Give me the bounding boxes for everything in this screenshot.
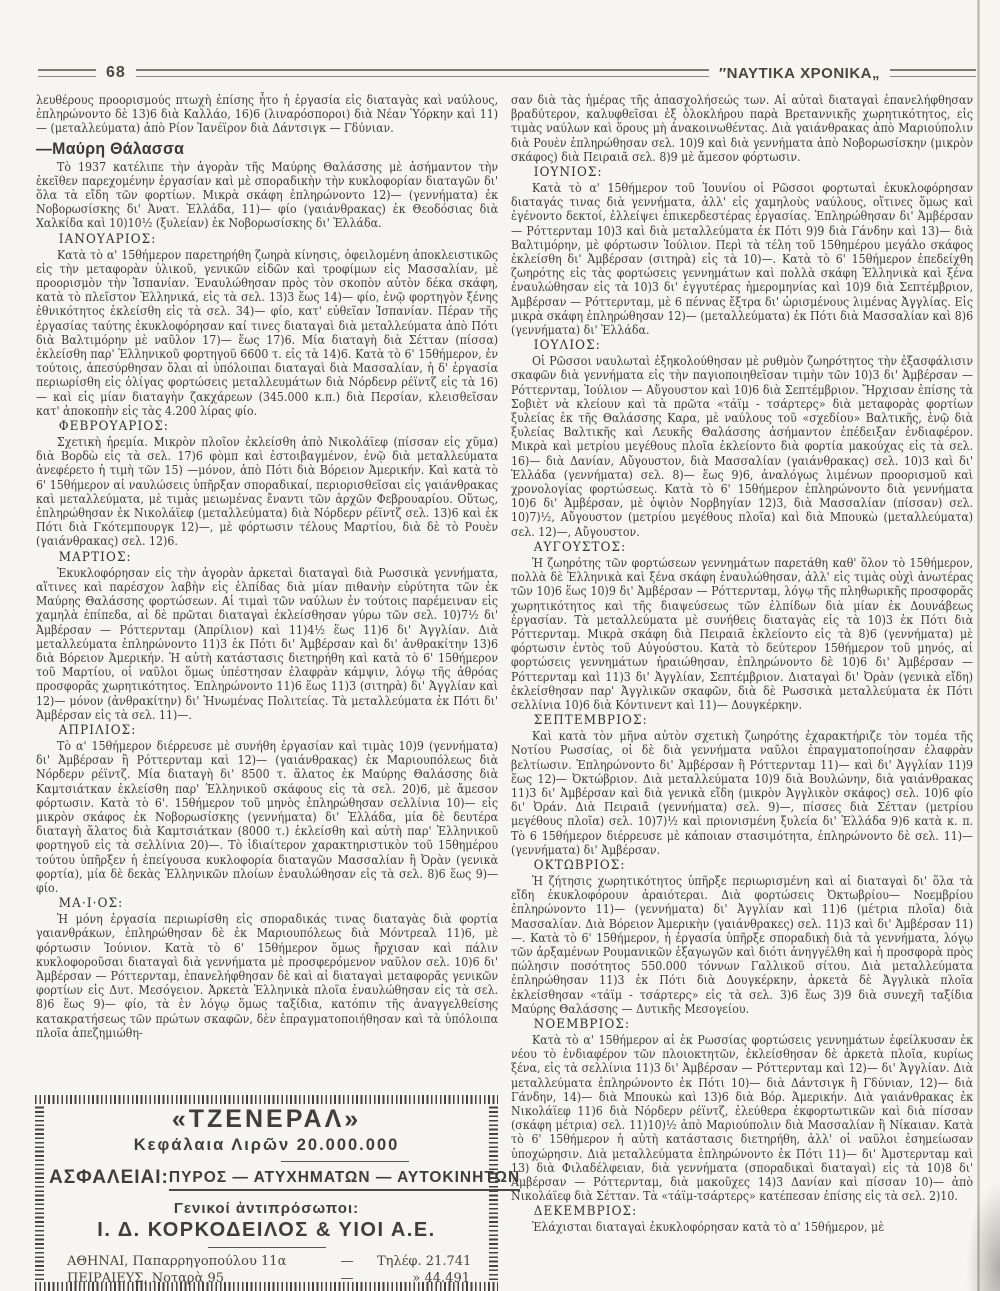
month-heading: ΑΠΡΙΛΙΟΣ: (36, 723, 498, 738)
body-paragraph: Σχετικὴ ἠρεμία. Μικρὸν πλοῖον ἐκλείσθη ἀ… (36, 435, 498, 549)
body-paragraph: Κατὰ τὸ α' 15θήμερον παρετηρήθη ζωηρὰ κί… (36, 248, 498, 418)
ad-divider-rule (281, 1161, 409, 1162)
month-heading: ΔΕΚΕΜΒΡΙΟΣ: (511, 1204, 973, 1219)
hatched-border-left (35, 1106, 44, 1280)
ad-content: «ΤΖΕΝΕΡΑΛ» Κεφάλαια Λιρῶν 20.000.000 ΑΣΦ… (49, 1105, 484, 1281)
page-header: 68 ″ΝΑΥΤΙΚΑ ΧΡΟΝΙΚΑ„ (38, 62, 976, 84)
dash-separator: — (317, 1254, 377, 1271)
ad-agents-label: Γενικοί ἀντιπρόσωποι: (49, 1200, 484, 1217)
hatched-border-right (489, 1106, 498, 1280)
header-rule (890, 69, 976, 77)
body-paragraph: Τὸ α' 15θήμερον διέρρευσε μὲ συνήθη ἐργα… (36, 739, 498, 895)
column-left: λευθέρους προορισμούς πτωχὴ ἐπίσης ἦτο ἡ… (36, 93, 498, 1040)
page-fold-line (977, 0, 980, 1291)
ad-capital-line: Κεφάλαια Λιρῶν 20.000.000 (49, 1135, 484, 1155)
ad-box: «ΤΖΕΝΕΡΑΛ» Κεφάλαια Λιρῶν 20.000.000 ΑΣΦ… (35, 1095, 498, 1291)
body-paragraph: Οἱ Ρῶσσοι ναυλωταὶ ἐξηκολούθησαν μὲ ρυθμ… (511, 354, 973, 539)
body-paragraph: λευθέρους προορισμούς πτωχὴ ἐπίσης ἦτο ἡ… (36, 93, 498, 136)
month-heading: ΑΥΓΟΥΣΤΟΣ: (511, 540, 973, 555)
ad-insurance-types: ΠΥΡΟΣ — ΑΤΥΧΗΜΑΤΩΝ — ΑΥΤΟΚΙΝΗΤΩΝ (169, 1169, 520, 1191)
month-heading: ΙΑΝΟΥΑΡΙΟΣ: (36, 232, 498, 247)
dash-separator: — (317, 1271, 377, 1288)
ad-agents-name: Ι. Δ. ΚΟΡΚΟΔΕΙΛΟΣ & ΥΙΟΙ Α.Ε. (49, 1219, 484, 1242)
body-paragraph: Ἐλάχισται διαταγαὶ ἐκυκλοφόρησαν κατὰ τὸ… (511, 1220, 973, 1234)
scanned-magazine-page: { "header": { "page_number": "68", "maga… (0, 0, 1000, 1291)
month-heading: ΣΕΠΤΕΜΒΡΙΟΣ: (511, 713, 973, 728)
ad-phone-piraeus: » 44.491 (377, 1271, 478, 1288)
ad-address-piraeus-row: ΠΕΙΡΑΙΕΥΣ, Νοταρὰ 95 — » 44.491 (67, 1271, 478, 1288)
month-heading: ΟΚΤΩΒΡΙΟΣ: (511, 858, 973, 873)
header-rule (38, 69, 96, 77)
body-paragraph: Ἐκυκλοφόρησαν εἰς τὴν ἀγορὰν ἀρκεταὶ δια… (36, 566, 498, 722)
ad-phone-athens: Τηλέφ. 21.741 (377, 1254, 479, 1271)
month-heading: ΙΟΥΛΙΟΣ: (511, 338, 973, 353)
ad-insurance-label: ΑΣΦΑΛΕΙΑΙ: (49, 1158, 169, 1189)
month-heading: ΜΑΡΤΙΟΣ: (36, 550, 498, 565)
hatched-border-top (35, 1095, 498, 1104)
column-right: σαν διὰ τὰς ἡμέρας τῆς ἀπασχολήσεώς των.… (511, 93, 973, 1235)
body-paragraph: Καὶ κατὰ τὸν μῆνα αὐτὸν σχετικὴ ζωηρότης… (511, 729, 973, 857)
header-rule (136, 69, 709, 77)
scan-smudge (966, 1181, 1000, 1291)
ad-company-name: «ΤΖΕΝΕΡΑΛ» (49, 1106, 484, 1133)
magazine-title: ″ΝΑΥΤΙΚΑ ΧΡΟΝΙΚΑ„ (719, 65, 880, 82)
body-paragraph: Κατὰ τὸ α' 15θήμερον αἱ ἐκ Ρωσσίας φορτώ… (511, 1033, 973, 1203)
ad-address-athens: ΑΘΗΝΑΙ, Παπαρρηγοπούλου 11α (67, 1254, 317, 1271)
page-number: 68 (106, 64, 126, 82)
body-paragraph: Ἡ μόνη ἐργασία περιωρίσθη εἰς σποραδικάς… (36, 912, 498, 1040)
body-paragraph: Κατὰ τὸ α' 15θήμερον τοῦ Ἰουνίου οἱ Ρῶσσ… (511, 181, 973, 337)
ad-divider-rule (208, 1247, 326, 1248)
body-paragraph: σαν διὰ τὰς ἡμέρας τῆς ἀπασχολήσεώς των.… (511, 93, 973, 164)
month-heading: ΙΟΥΝΙΟΣ: (511, 165, 973, 180)
body-paragraph: Τὸ 1937 κατέλιπε τὴν ἀγορὰν τῆς Μαύρης Θ… (36, 160, 498, 231)
ad-address-athens-row: ΑΘΗΝΑΙ, Παπαρρηγοπούλου 11α — Τηλέφ. 21.… (67, 1254, 478, 1271)
section-heading: —Μαύρη Θάλασσα (36, 139, 498, 158)
month-heading: ΝΟΕΜΒΡΙΟΣ: (511, 1017, 973, 1032)
month-heading: ΜΑ·Ι·ΟΣ: (36, 896, 498, 911)
ad-address-piraeus: ΠΕΙΡΑΙΕΥΣ, Νοταρὰ 95 (67, 1271, 317, 1288)
body-paragraph: Ἡ ζήτησις χωρητικότητος ὑπῆρξε περιωρισμ… (511, 874, 973, 1016)
month-heading: ΦΕΒΡΟΥΑΡΙΟΣ: (36, 419, 498, 434)
body-paragraph: Ἡ ζωηρότης τῶν φορτώσεων γεννημάτων παρε… (511, 556, 973, 712)
